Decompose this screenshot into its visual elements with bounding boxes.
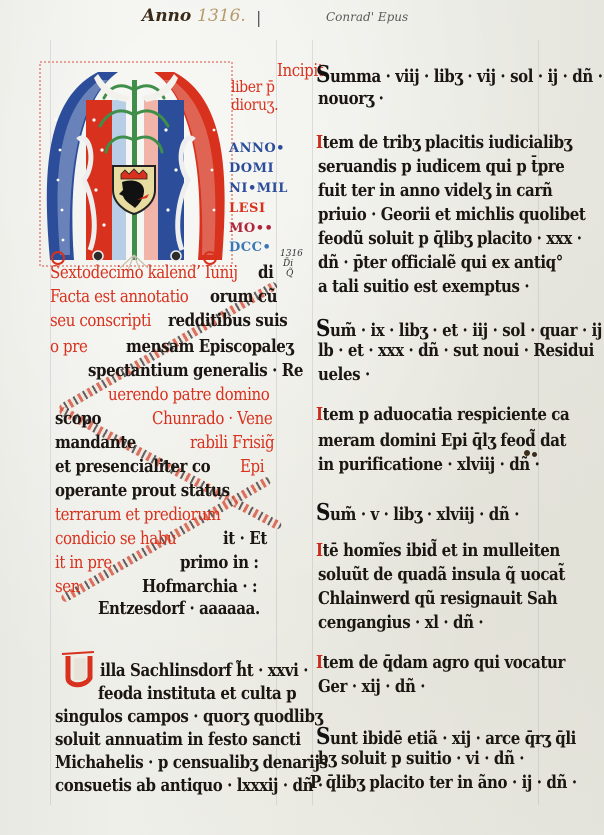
text-line-red: uerendo patre domino bbox=[108, 384, 269, 405]
text-line: mensam Episcopaleʒ bbox=[126, 336, 294, 357]
text-line: orum cũ bbox=[210, 286, 277, 307]
header-mark: | bbox=[256, 8, 261, 27]
margin-note: 1316 D̄̄i Q̃ bbox=[280, 249, 303, 279]
bishop-annotation: Conrad' Epus bbox=[326, 10, 408, 24]
paragraph-initial: I bbox=[316, 540, 323, 561]
margin-note-line: Q̃ bbox=[280, 269, 303, 279]
coat-of-arms-icon bbox=[111, 164, 157, 216]
text-line: Item de q̄dam agro qui vocatur bbox=[316, 652, 565, 673]
text-line: singulos campos · quorʒ quodlibʒ bbox=[55, 706, 323, 727]
ink-blot bbox=[532, 452, 537, 457]
text-line: priuio · Georii et michlis quolibet bbox=[318, 204, 585, 225]
incipit-line: liber p̄ bbox=[231, 78, 275, 96]
text-line: primo in : bbox=[180, 552, 259, 573]
text-line: feoda instituta et culta p bbox=[98, 683, 296, 704]
anno-domini-caps: NI•MIL bbox=[229, 181, 288, 196]
anno-domini-caps: LESI bbox=[229, 201, 266, 216]
text-line-red: rabili Frisig̃ bbox=[190, 432, 274, 453]
text-line-red: sen bbox=[55, 576, 80, 597]
anno-year: 1316. bbox=[197, 6, 246, 26]
text-line: mandante bbox=[55, 432, 136, 453]
text-line: Summa · viij · libʒ · vij · sol · ij · d… bbox=[316, 60, 603, 88]
text-span: tem de tribʒ placitis iudicialibʒ bbox=[323, 132, 572, 153]
text-line: fuit ter in anno videlʒ in carñ bbox=[318, 180, 552, 201]
paragraph-initial: I bbox=[316, 652, 323, 673]
text-line-red: condicio se habu bbox=[55, 528, 176, 549]
text-line: Itē homĩes ibid̃ et in mulleiten bbox=[316, 540, 560, 561]
text-line: Chlainwerd qũ resignauit Sah bbox=[318, 588, 557, 609]
text-line: et presencialiter co bbox=[55, 456, 210, 477]
text-line: Entzesdorf · aaaaaa. bbox=[98, 598, 260, 619]
text-line: ueles · bbox=[318, 364, 370, 385]
text-line: spectantium generalis · Re bbox=[88, 360, 303, 381]
text-line: P q̄libʒ placito ter in ãno · ij · dñ · bbox=[310, 772, 577, 793]
text-line: Sunt ibidē etiã · xij · arce q̄rʒ q̄li bbox=[316, 722, 576, 750]
text-span: tē homĩes ibid̃ et in mulleiten bbox=[323, 540, 560, 561]
text-line: dñ · p̄ter officialẽ qui ex antiq° bbox=[318, 252, 563, 273]
text-span: tem de q̄dam agro qui vocatur bbox=[323, 652, 565, 673]
anno-domini-caps: MO•• bbox=[229, 221, 273, 236]
text-line: feodũ soluit p q̄libʒ placito · xxx · bbox=[318, 228, 582, 249]
incipit-line: dioruʒ. bbox=[231, 96, 278, 114]
text-line: meram domini Epi q̄lʒ feod̃ dat bbox=[318, 430, 566, 451]
margin-note-line: D̄̄i bbox=[280, 259, 303, 269]
text-line: soluit annuatim in festo sancti bbox=[55, 729, 301, 750]
text-line: Sum̃ · ix · libʒ · et · iij · sol · quar… bbox=[316, 314, 604, 342]
text-line: cengangius · xl · dñ · bbox=[318, 612, 483, 633]
paragraph-initial: S bbox=[316, 498, 330, 526]
text-line: Michahelis · p censualibʒ denarijs bbox=[55, 752, 328, 773]
manuscript-page: Anno 1316. | Conrad' Epus bbox=[0, 0, 604, 835]
text-line-red: Sextodecimo kalend’ Iunij bbox=[50, 262, 238, 283]
text-line: Ger · xij · dñ · bbox=[318, 676, 425, 697]
text-line: consuetis ab antiquo · lxxxij · dñ · bbox=[55, 775, 323, 796]
text-line: di bbox=[258, 262, 273, 283]
text-span: tem p aduocatia respiciente ca bbox=[323, 404, 570, 425]
text-line-red: terrarum et prediorum bbox=[55, 504, 220, 525]
margin-note-year: 1316 bbox=[280, 249, 303, 259]
text-span: um̃ · v · libʒ · xlviij · dñ · bbox=[330, 504, 519, 525]
text-line: Sum̃ · v · libʒ · xlviij · dñ · bbox=[316, 498, 519, 526]
text-line-red: Facta est annotatio bbox=[50, 286, 188, 307]
ruling-line bbox=[312, 40, 313, 805]
decorated-initial-v-icon bbox=[60, 650, 102, 690]
text-line: in purificatione · xlviij · dñ · bbox=[318, 454, 539, 475]
text-line: a tali suitio est exemptus · bbox=[318, 276, 529, 297]
text-line-red: it in pre bbox=[55, 552, 112, 573]
text-span: unt ibidē etiã · xij · arce q̄rʒ q̄li bbox=[330, 728, 576, 749]
anno-domini-caps: DCC• bbox=[229, 240, 271, 255]
text-line: redditibus suis bbox=[168, 310, 287, 331]
anno-domini-caps: ANNO• bbox=[229, 141, 285, 156]
text-line-red: o pre bbox=[50, 336, 87, 357]
paragraph-initial: S bbox=[316, 722, 330, 750]
text-line: operante prout status bbox=[55, 480, 230, 501]
text-line: scopo bbox=[55, 408, 101, 429]
paragraph-initial: I bbox=[316, 132, 323, 153]
text-line: bʒ soluit p suitio · vi · dñ · bbox=[318, 748, 524, 769]
text-line: seruandis p iudicem qui p t̄pre bbox=[318, 156, 564, 177]
text-line: nouorʒ · bbox=[318, 88, 384, 109]
text-line: illa Sachlinsdorf h̃t · xxvi · bbox=[100, 660, 308, 681]
text-line: Item p aduocatia respiciente ca bbox=[316, 404, 569, 425]
text-line: Hofmarchia · : bbox=[142, 576, 257, 597]
text-line: lb · et · xxx · dñ · sut noui · Residui bbox=[318, 340, 594, 361]
anno-domini-caps: DOMI bbox=[229, 161, 274, 176]
text-line: soluũt de quadã insula q̃ uocat̃ bbox=[318, 564, 565, 585]
text-line: it · Et bbox=[223, 528, 267, 549]
text-line-red: Chunrado · Vene bbox=[152, 408, 272, 429]
text-line-red: Epi bbox=[240, 456, 264, 477]
anno-word: Anno bbox=[142, 6, 191, 26]
paragraph-initial: S bbox=[316, 60, 330, 88]
ink-blot bbox=[524, 450, 530, 456]
paragraph-initial: S bbox=[316, 314, 330, 342]
text-span: um̃ · ix · libʒ · et · iij · sol · quar … bbox=[330, 320, 604, 341]
villa-initial bbox=[60, 650, 102, 690]
text-line-red: seu conscripti bbox=[50, 310, 151, 331]
text-line: Item de tribʒ placitis iudicialibʒ bbox=[316, 132, 572, 153]
text-span: umma · viij · libʒ · vij · sol · ij · dñ… bbox=[330, 66, 602, 87]
year-annotation: Anno 1316. bbox=[142, 6, 246, 26]
paragraph-initial: I bbox=[316, 404, 323, 425]
